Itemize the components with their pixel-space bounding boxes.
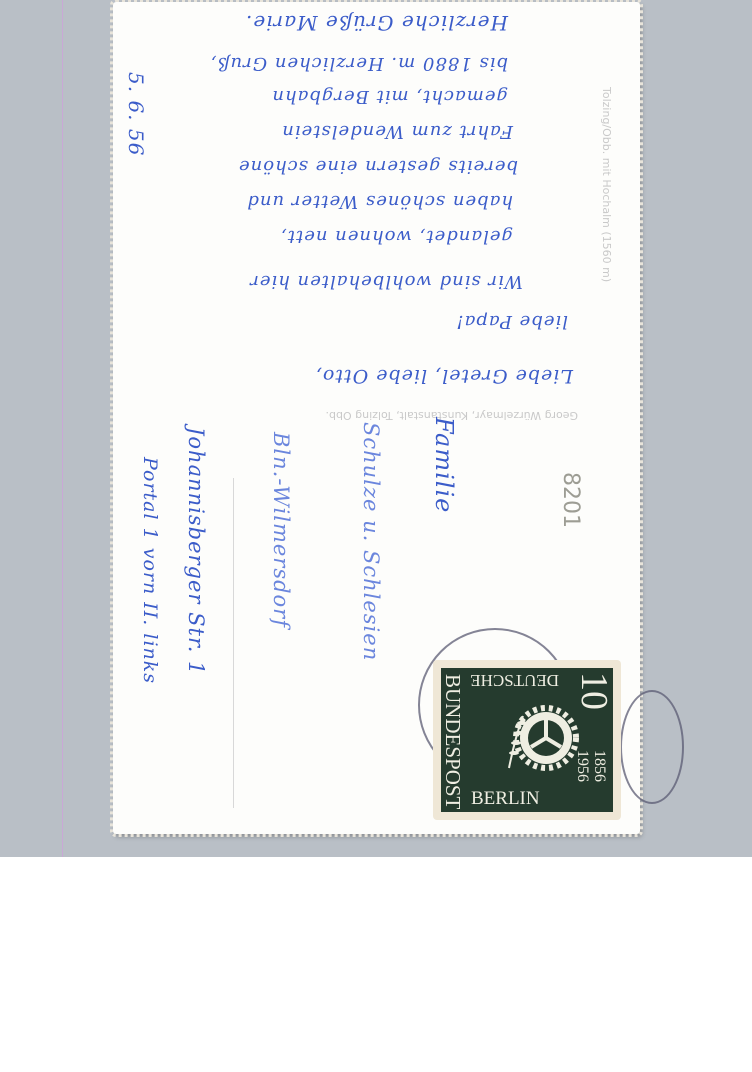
- printed-caption: Tolzing/Obb. mit Hochalm (1560 m): [600, 87, 613, 282]
- margin-guide-line: [62, 0, 63, 857]
- postage-stamp: BUNDESPOST DEUTSCHE 10 1856 1956 BERLIN: [433, 660, 621, 820]
- date-text: 5. 6. 56: [124, 72, 148, 156]
- address-divider: [233, 478, 234, 808]
- message-line-4: gelandet, wohnen nett,: [280, 226, 513, 247]
- message-line-10: Herzliche Grüße Marie.: [245, 11, 508, 35]
- message-line-1: Liebe Gretel, liebe Otto,: [315, 365, 573, 387]
- message-line-5: haben schönes Wetter und: [246, 191, 513, 212]
- stamp-country-top: DEUTSCHE: [469, 670, 559, 690]
- address-line-1: Familie: [430, 417, 458, 513]
- gear-emblem-icon: [501, 698, 581, 778]
- pencil-note: 8201: [558, 472, 583, 528]
- message-line-8: gemacht, mit Bergbahn: [271, 86, 508, 107]
- postmark-circle-2: [620, 690, 684, 804]
- stamp-face: BUNDESPOST DEUTSCHE 10 1856 1956 BERLIN: [441, 668, 613, 812]
- message-line-9: bis 1880 m. Herzlichen Gruß,: [210, 53, 508, 74]
- address-line-3: Bln.-Wilmersdorf: [269, 432, 293, 628]
- message-line-3: Wir sind wohlbehalten hier: [249, 271, 523, 292]
- stamp-country-side: BUNDESPOST: [440, 674, 465, 809]
- message-line-2: liebe Papa!: [455, 311, 568, 332]
- stamp-year-1: 1856: [590, 750, 608, 782]
- address-line-5: Portal 1 vorn II. links: [139, 457, 161, 684]
- message-line-7: Fahrt zum Wendelstein: [281, 121, 513, 142]
- stamp-city: BERLIN: [471, 788, 540, 810]
- address-line-4: Johannisberger Str. 1: [184, 427, 208, 675]
- message-line-6: bereits gestern eine schöne: [238, 156, 518, 177]
- address-line-2: Schulze u. Schlesien: [359, 422, 383, 661]
